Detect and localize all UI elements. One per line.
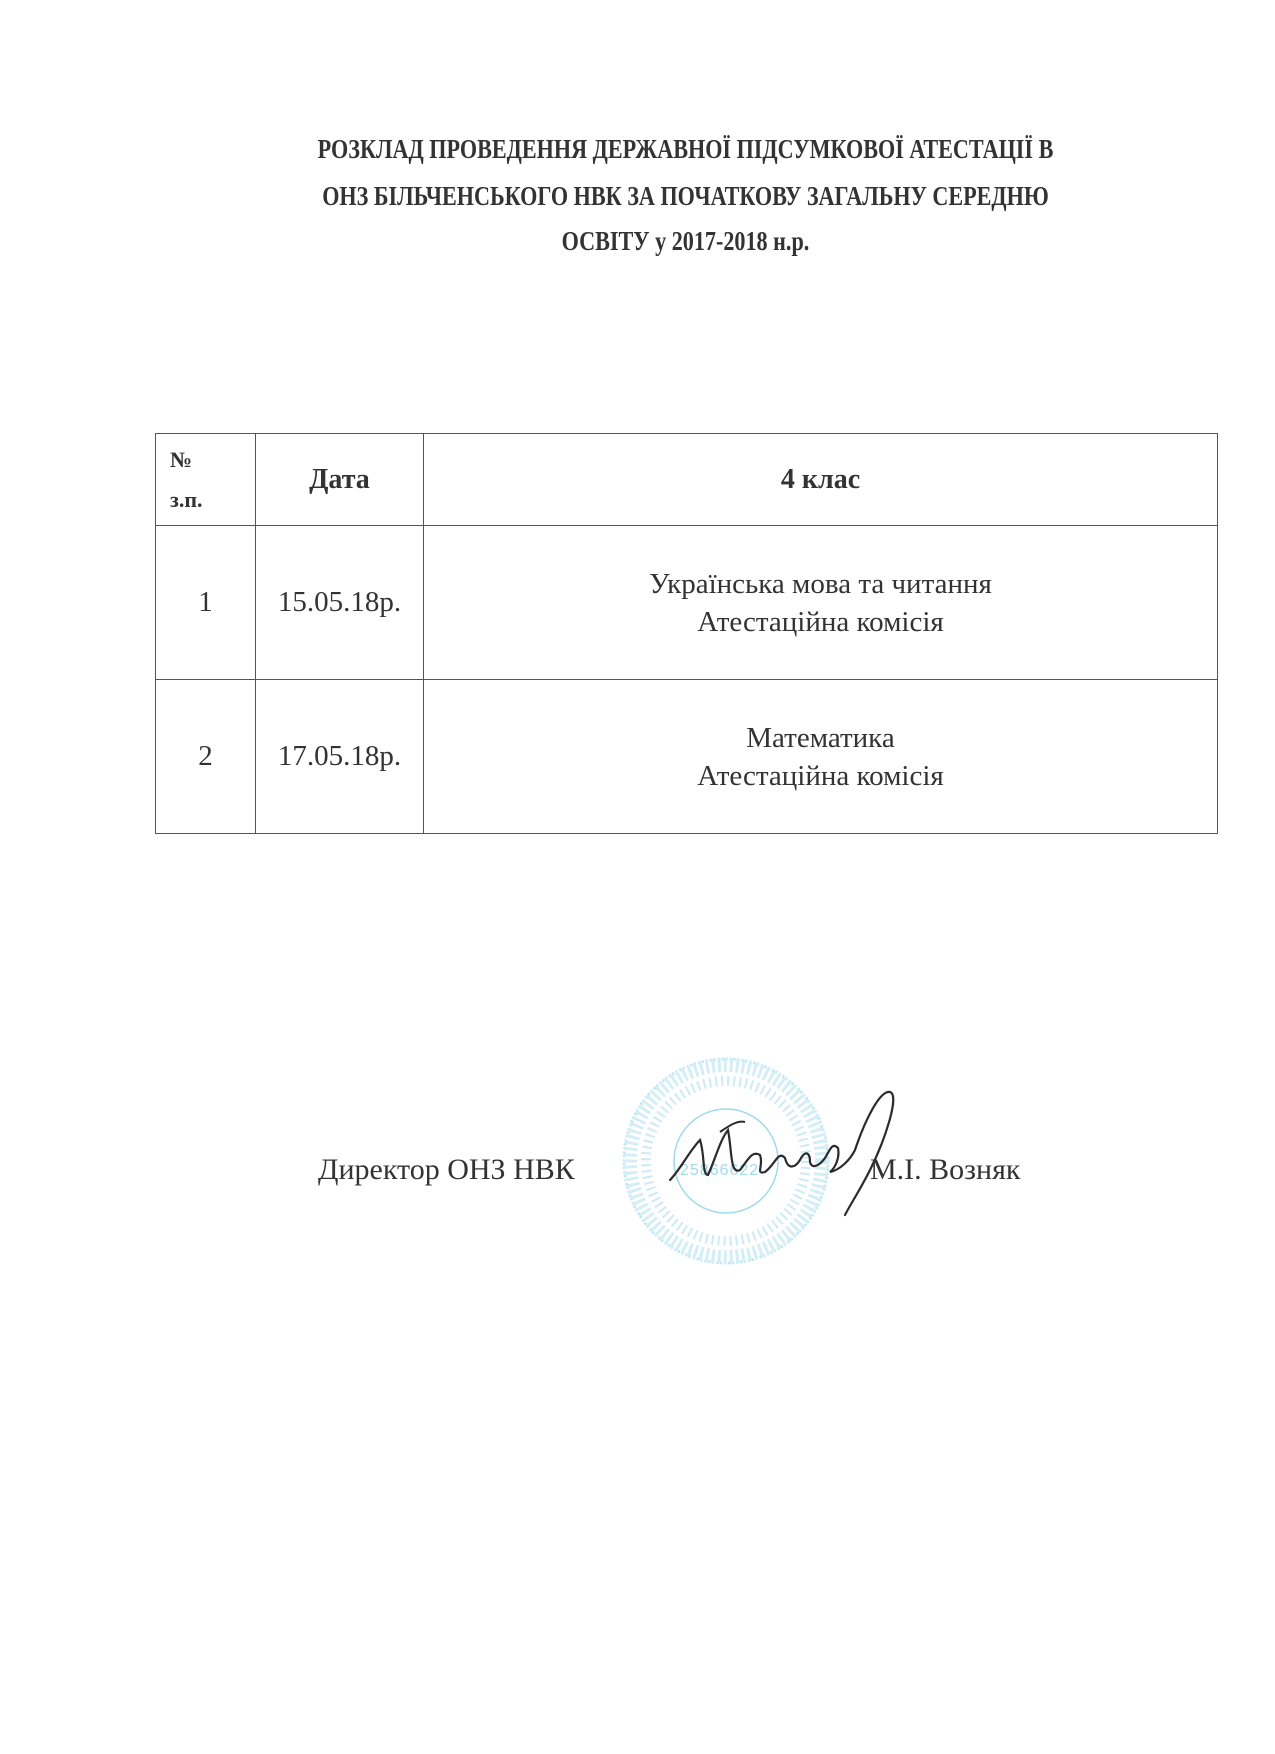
- header-number-symbol: №: [170, 447, 192, 472]
- header-number: № з.п.: [156, 434, 256, 526]
- title-line-1: РОЗКЛАД ПРОВЕДЕННЯ ДЕРЖАВНОЇ ПІДСУМКОВОЇ…: [163, 134, 1209, 165]
- table-row: 2 17.05.18р. Математика Атестаційна комі…: [156, 680, 1218, 834]
- schedule-table: № з.п. Дата 4 клас 1 15.05.18р. Українсь…: [155, 433, 1218, 834]
- row-subject: Українська мова та читання: [424, 565, 1217, 603]
- row-note: Атестаційна комісія: [424, 603, 1217, 641]
- header-date: Дата: [256, 434, 424, 526]
- row-subject-cell: Математика Атестаційна комісія: [424, 680, 1218, 834]
- row-number: 2: [156, 680, 256, 834]
- header-class: 4 клас: [424, 434, 1218, 526]
- row-date: 15.05.18р.: [256, 526, 424, 680]
- table-row: 1 15.05.18р. Українська мова та читання …: [156, 526, 1218, 680]
- row-subject-cell: Українська мова та читання Атестаційна к…: [424, 526, 1218, 680]
- title-line-3: ОСВІТУ у 2017-2018 н.р.: [163, 226, 1209, 257]
- header-number-abbr: з.п.: [170, 487, 203, 512]
- title-line-2: ОНЗ БІЛЬЧЕНСЬКОГО НВК ЗА ПОЧАТКОВУ ЗАГАЛ…: [163, 181, 1209, 212]
- row-subject: Математика: [424, 719, 1217, 757]
- row-date: 17.05.18р.: [256, 680, 424, 834]
- row-note: Атестаційна комісія: [424, 757, 1217, 795]
- director-position-label: Директор ОНЗ НВК: [318, 1153, 575, 1187]
- row-number: 1: [156, 526, 256, 680]
- signature-row: Директор ОНЗ НВК М.І. Возняк: [0, 1153, 1275, 1203]
- director-name: М.І. Возняк: [870, 1153, 1020, 1187]
- table-header-row: № з.п. Дата 4 клас: [156, 434, 1218, 526]
